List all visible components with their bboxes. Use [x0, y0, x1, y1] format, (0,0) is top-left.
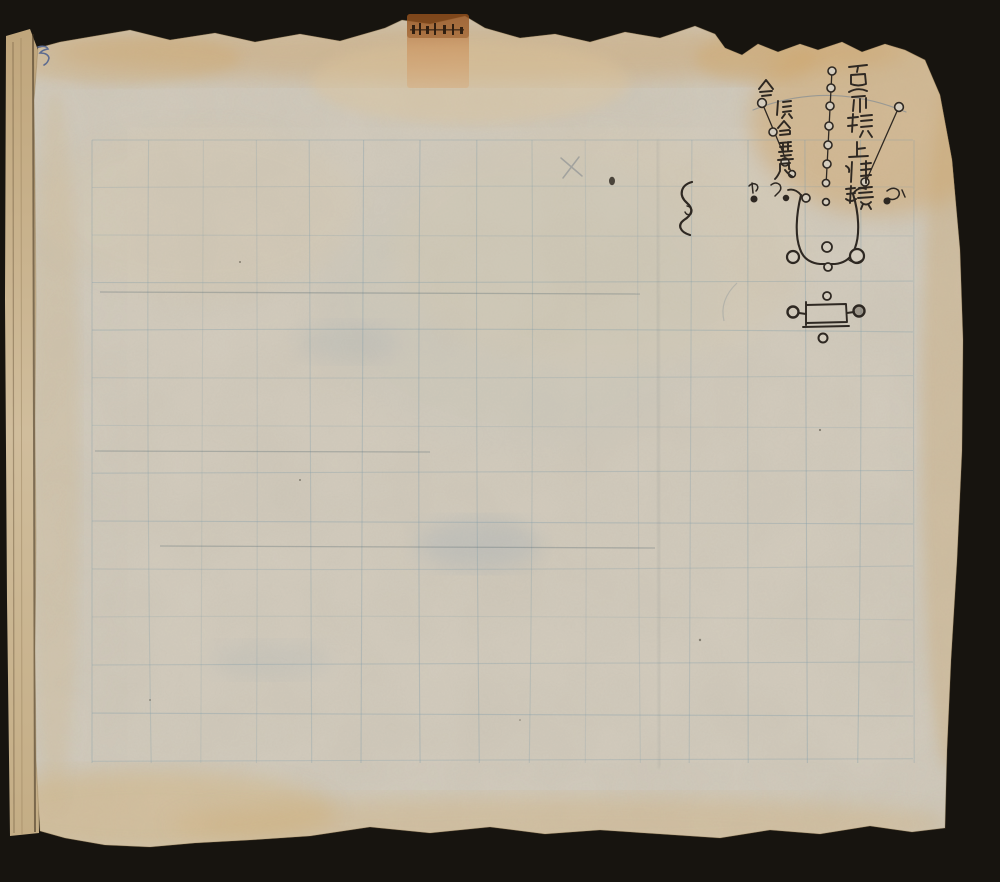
manuscript-page	[0, 0, 1000, 882]
scan-image	[0, 0, 1000, 882]
scanned-manuscript-viewport: 百前額上神簪 会頃合墨尻 絲	[0, 0, 1000, 882]
book-fore-edge	[5, 29, 39, 836]
archival-stamp	[407, 14, 469, 88]
ink-blot	[609, 177, 615, 185]
